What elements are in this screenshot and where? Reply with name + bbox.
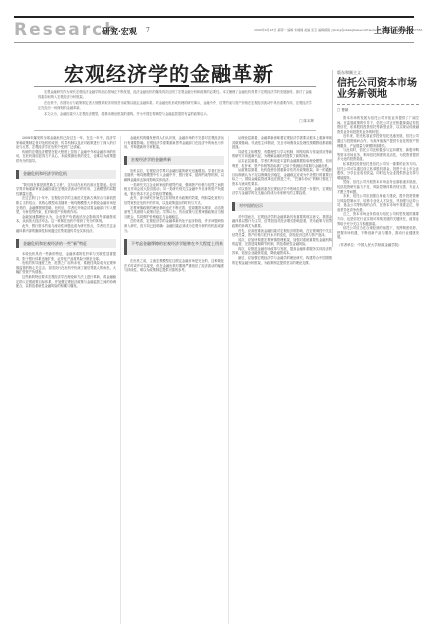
body-paragraph: 对中国而言，宏观经济学的金融革新具有重要的现实意义。我国金融体系以银行为主导，信… (232, 215, 332, 229)
sidebar-paragraph: 私募股权投资信托是信托公司另一重要的业务方向。信托公司可以通过设立私募股权基金，… (337, 162, 419, 180)
section-heading: 金融危机和宏观经济的一些“新”特征 (16, 239, 116, 248)
body-paragraph: 宏观审慎政策的理论基础也在不断完善，逆周期资本缓冲、动态拨备等工具被纳入政策讨论… (124, 206, 224, 220)
section-marker-icon (16, 170, 19, 179)
lead-paragraph: 宏观金融研究作为现代宏观经济金融学的前沿领域正不断发展，经济金融危机的爆发再次证… (38, 90, 314, 100)
masthead-rule (14, 42, 414, 43)
section-marker-icon (124, 156, 127, 165)
body-paragraph: 危机以后，宏观经济学界对金融因素的研究迅速增加。学者们在动态随机一般均衡模型中引… (124, 169, 224, 183)
column-divider (228, 136, 229, 624)
body-paragraph: “我们现在都是凯恩斯主义者”，这句话在危机后被反复提起。经济学界开始重新审视金融… (16, 183, 116, 197)
masthead: Research 研究·宏观 7 2009年9月28日 星期一 编辑 朱楠楠 美… (14, 20, 414, 42)
article-title: 宏观经济学的金融革新 (14, 58, 324, 87)
top-rule (14, 16, 414, 18)
article-author: □ 陈本辉 (38, 119, 314, 124)
sidebar-paragraph: 未来，信托公司应加强自身能力建设，提升投资管理与风险控制水平，培养专业化人才队伍… (337, 194, 419, 212)
newspaper-page: Research 研究·宏观 7 2009年9月28日 星期一 编辑 朱楠楠 美… (14, 0, 414, 626)
article-column-2: 金融危机的爆发使得人们认识到，金融市场的不完善对宏观经济运行有重要影响。宏观经济… (124, 136, 224, 273)
sidebar-paragraph: 然而，信托公司开展资本市场业务也面临诸多挑战，包括投资研究能力不足、风险控制体系… (337, 180, 419, 194)
body-paragraph: 此外，银行资本约束与流动性问题也成为研究热点，学者们关注金融体系内部的脆弱性如何… (16, 224, 116, 233)
body-paragraph: 最后，应加强宏观经济学与金融学的理论研究，构建符合中国国情的宏观金融分析框架，为… (232, 256, 332, 265)
lead-paragraph: 本文认为，金融因素引入宏观经济模型，将推动理论框架的重构，并为中国宏观调控与金融… (38, 112, 314, 117)
body-paragraph: 金融加速器理论认为，企业资产负债表状况会影响其外部融资成本，从而放大经济冲击。这… (16, 215, 116, 224)
body-paragraph: 总的来看，宏观经济学的金融革新仍处于起步阶段，许多问题尚待深入研究，但方向已经明… (124, 219, 224, 233)
body-paragraph: 可以预见，金融因素在宏观经济学中的地位将进一步提升，宏观经济学与金融学的交叉融合… (232, 187, 332, 196)
body-paragraph: 从政策层面看，危机促使各国重新评估货币政策框架。单一的通胀目标制被认为不足以保障… (232, 168, 332, 186)
section-name: 研究·宏观 (102, 26, 137, 37)
paper-name: 上海证券报 (374, 25, 414, 36)
section-heading: 不考虑金融摩擦的宏观经济学能够在多大程度上用来 (124, 239, 224, 255)
body-paragraph: 从实证层面看，学者们利用更丰富的金融数据检验理论模型，信用利差、杠杆率、资产价格… (232, 159, 332, 168)
column-divider (120, 136, 121, 624)
section-heading: 宏观经济学的金融革新 (124, 156, 224, 165)
body-paragraph: 再次，应推进金融市场改革与发展，提高金融体系服务实体经济的效率，拓宽企业融资渠道… (232, 247, 332, 256)
sidebar-author: □ 曹颖 (337, 108, 419, 113)
sidebar-kicker: 版东和顺主义： (337, 70, 419, 76)
lead-paragraph: 在危机中，各国央行与政策制定者大规模采取非常规货币政策以稳定金融体系。对金融危机… (38, 101, 314, 111)
article-lead: 宏观金融研究作为现代宏观经济金融学的前沿领域正不断发展，经济金融危机的爆发再次证… (38, 90, 314, 125)
body-paragraph: 此外，部分研究开始关注非常规货币政策的效果，例如量化宽松与信贷宽松在危机中的作用… (124, 196, 224, 205)
body-paragraph: 本轮危机具有一些新的特征，金融体系的杠杆率与关联性显著提高，影子银行体系迅速扩张… (16, 252, 116, 261)
body-paragraph: 其次，应加快构建宏观审慎管理框架，加强对系统重要性金融机构的监管，完善逆周期调节… (232, 238, 332, 247)
section-marker-icon (124, 239, 127, 255)
body-paragraph: 从理论层面看，金融革新意味着宏观经济学需要从根本上重新审视其微观基础。代表性主体… (232, 136, 332, 150)
body-paragraph: 这些新的特征要求宏观经济学在理论和方法上进行革新，将金融稳定纳入宏观政策目标体系… (16, 275, 116, 289)
sidebar-article: 版东和顺主义： 信托公司资本市场业务新领地 □ 曹颖 资本市场的发展为信托公司开… (332, 70, 419, 247)
section-marker-icon (16, 239, 19, 248)
body-paragraph: 2008年爆发的全球金融危机已经过去一年，在这一年中，经济学家和政策制定者对危机… (16, 136, 116, 150)
sidebar-paragraph: 信托公司应当在合规经营的前提下，发挥制度优势，把握市场机遇，不断创新产品与服务，… (337, 226, 419, 240)
body-paragraph: 在过去的几十年中，宏观经济学的主流范式是新古典综合与新凯恩斯主义的结合，其核心模… (16, 196, 116, 214)
section-heading: 对中国的启示 (232, 202, 332, 211)
section-marker-icon (232, 202, 235, 211)
body-paragraph: 一类研究关注企业和家庭的借贷约束，强调资产价格与信贷之间的相互作用会放大经济波动… (124, 183, 224, 197)
title-rule-accent (159, 85, 189, 87)
body-paragraph: 传统的宏观经济模型在很大程度上忽视了金融中介和金融市场的作用，在危机面前显得力不… (16, 150, 116, 164)
sidebar-title: 信托公司资本市场业务新领地 (337, 78, 419, 100)
sidebar-rule (337, 104, 419, 106)
article-column-3: 从理论层面看，金融革新意味着宏观经济学需要从根本上重新审视其微观基础。代表性主体… (232, 136, 332, 265)
body-paragraph: 在危机之前，主流宏观模型往往假定金融市场是完全的，这种简化在平时或许可以接受，但… (124, 259, 224, 273)
body-paragraph: 金融危机的爆发使得人们认识到，金融市场的不完善对宏观经济运行有重要影响。宏观经济… (124, 136, 224, 150)
sidebar-author-note: （作者单位：中国人民大学财政金融学院） (337, 242, 419, 247)
section-heading: 金融危机和经济学的危机 (16, 170, 116, 179)
body-paragraph: 首先，应高度重视金融因素对宏观经济的影响，在宏观调控中关注信贷总量、资产价格与杠… (232, 229, 332, 238)
body-paragraph: 异质性主体模型、有限理性与学习机制、网络结构与传染效应等新的研究方向逐渐兴起，为… (232, 150, 332, 159)
body-paragraph: 危机的传导速度之快、范围之广前所未有，系统性风险成为宏观审慎监管的核心关注点。各… (16, 261, 116, 275)
sidebar-paragraph: 与此同时，信托公司还积极参与定向增发、新股申购等资本市场业务，利用信托制度的灵活… (337, 148, 419, 162)
sidebar-paragraph: 近年来，阳光私募证券投资信托迅速发展，信托公司通过与投资顾问合作，为高净值客户提… (337, 134, 419, 148)
sidebar-paragraph: 资本市场的发展为信托公司开拓业务提供了广阔空间。在监管政策的引导下，信托公司正在… (337, 116, 419, 134)
page-number: 7 (146, 27, 150, 34)
sidebar-paragraph: 总之，资本市场业务将成为信托公司转型发展的重要方向，也是信托行业实现可持续发展的… (337, 212, 419, 226)
lead-rule (34, 130, 316, 131)
article-column-1: 2008年爆发的全球金融危机已经过去一年，在这一年中，经济学家和政策制定者对危机… (16, 136, 116, 289)
